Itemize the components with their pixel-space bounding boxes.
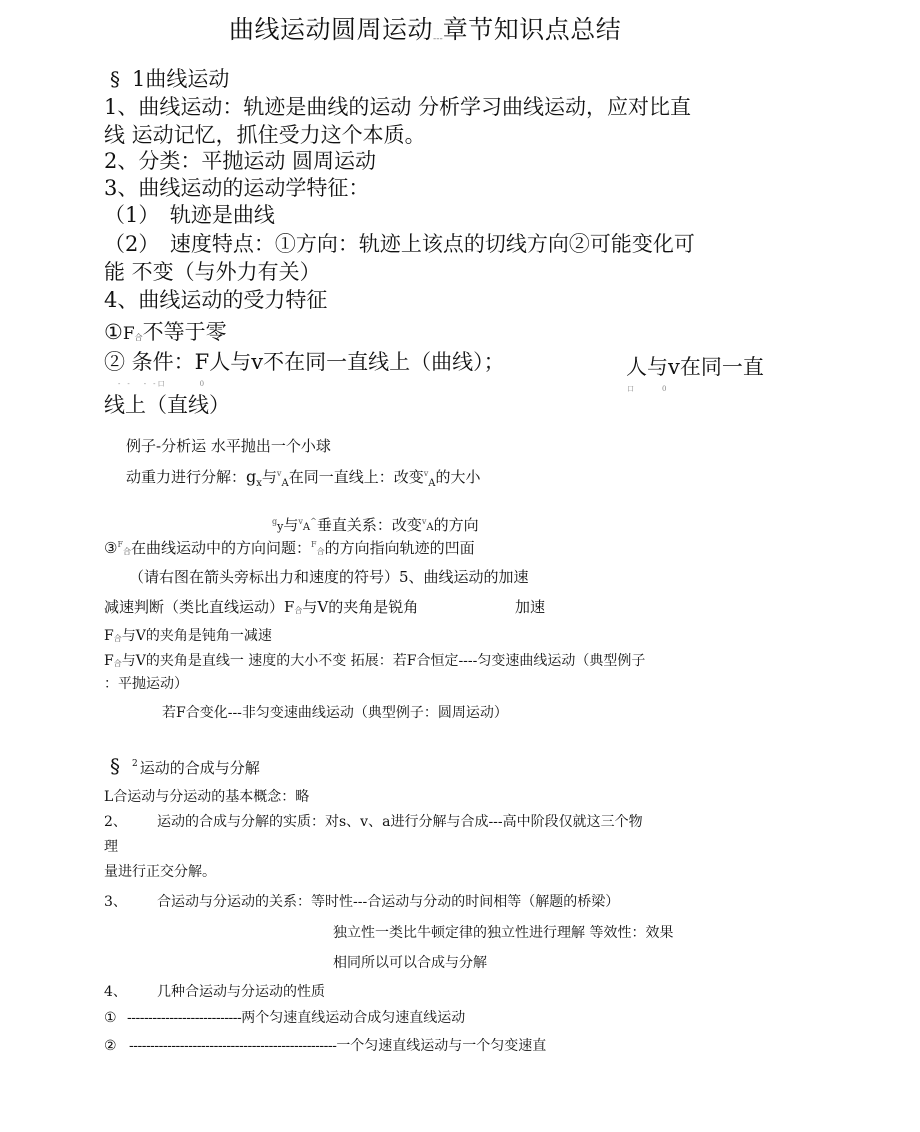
page-title: 曲线运动圆周运动---章节知识点总结 (229, 17, 621, 44)
direction-line-2: （请右图在箭头旁标出力和速度的符号）5、曲线运动的加速 (129, 570, 529, 585)
text-line: 2、分类：平抛运动 圆周运动 (104, 151, 376, 172)
s2-item-2-text: 运动的合成与分解的实质：对s、v、a进行分解与合成---高中阶段仅就这三个物 (157, 815, 643, 829)
direction-line-1: ③F合在曲线运动中的方向问题：F合的方向指向轨迹的凹面 (104, 541, 475, 556)
s2-item-2-cont-2: 量进行正交分解。 (104, 865, 216, 879)
section-symbol-icon: § (110, 67, 120, 91)
text-segment: 动重力进行分解： (126, 468, 246, 486)
force-symbol: F (123, 324, 135, 344)
text-line: 3、曲线运动的运动学特征： (104, 178, 369, 199)
s2-item-3-cont-2: 相同所以可以合成与分解 (333, 956, 487, 970)
title-part1: 曲线运动圆周运动 (229, 15, 433, 44)
example-line-3: gy与vA^垂直关系：改变vA的方向 (272, 518, 479, 533)
text-segment: 的方向指向轨迹的凹面 (325, 539, 475, 557)
marks-right: 口 0 (627, 386, 666, 393)
subitem-text: 两个匀速直线运动合成匀速直线运动 (241, 1010, 465, 1026)
direction-line-4: F合与V的夹角是钝角一减速 (104, 629, 272, 643)
section-number: 2 (132, 759, 138, 769)
marks-left: - - - - 口 0 (118, 381, 204, 388)
subitem-text: 一个匀速直线运动与一个匀变速直 (336, 1038, 546, 1054)
text-segment: 的方向 (434, 516, 479, 534)
text-line: 1、曲线运动：轨迹是曲线的运动 分析学习曲线运动，应对比直 (104, 97, 691, 118)
text-segment: 的大小 (435, 468, 480, 486)
direction-line-3-right: 加速 (515, 600, 545, 615)
circled-number: ③ (104, 539, 117, 557)
example-line-1: 例子-分析运 水平抛出一个小球 (126, 439, 331, 454)
dash-line: ----------------------------------------… (129, 1038, 336, 1054)
s2-item-1: L合运动与分运动的基本概念：略 (104, 790, 309, 804)
subscript: 合 (123, 547, 131, 556)
superscript: v (277, 469, 282, 478)
force-item-1: ①F合不等于零 (104, 322, 227, 343)
text-line: 4、曲线运动的受力特征 (104, 290, 327, 311)
s2-item-3-text: 合运动与分运动的关系：等时性---合运动与分动的时间相等（解题的桥梁） (157, 895, 619, 909)
s2-subitem-1: ① ---------------------------两个匀速直线运动合成匀… (104, 1011, 465, 1025)
text-line: 线 运动记忆，抓住受力这个本质。 (104, 125, 426, 146)
direction-line-5: F合与V的夹角是直线一 速度的大小不变 拓展：若F合恒定----匀变速曲线运动（… (104, 654, 645, 668)
text-segment: 与V的夹角是锐角 (302, 598, 418, 616)
direction-line-7: 若F合变化---非匀变速曲线运动（典型例子：圆周运动） (162, 706, 508, 720)
force-item-2-continuation: 线上（直线） (104, 395, 230, 416)
force-item-2-right: 人与v在同一直 (626, 357, 764, 378)
force-item-text: 不等于零 (143, 320, 227, 344)
title-separator: --- (433, 34, 443, 44)
text-segment: 与 (283, 516, 298, 534)
text-segment: 在曲线运动中的方向问题： (131, 539, 311, 557)
force-subscript: 合 (135, 333, 143, 342)
caret: ^ (310, 517, 317, 526)
title-part2: 章节知识点总结 (443, 15, 622, 44)
s2-item-2-cont-1: 理 (104, 840, 118, 854)
subscript: A (281, 478, 288, 489)
text-line: （1） 轨迹是曲线 (104, 205, 275, 226)
subscript: 合 (114, 659, 122, 668)
s2-item-4-text: 几种合运动与分运动的性质 (157, 985, 325, 999)
s2-item-3-num: 3、 (104, 895, 127, 909)
circled-number: ② (104, 1038, 117, 1054)
section2-heading-text: 运动的合成与分解 (140, 759, 260, 777)
text-segment: 垂直关系：改变 (317, 516, 422, 534)
text-segment: 在同一直线上：改变 (289, 468, 424, 486)
subscript: 合 (114, 634, 122, 643)
section2-heading: §2运动的合成与分解 (110, 756, 260, 776)
example-line-2: 动重力进行分解：gx与vA在同一直线上：改变vA的大小 (126, 469, 480, 489)
s2-item-4-num: 4、 (104, 985, 127, 999)
force-item-2-left: ② 条件：F人与v不在同一直线上（曲线）； (104, 352, 505, 373)
text-segment: 与V的夹角是直线一 速度的大小不变 拓展：若F合恒定----匀变速曲线运动（典型… (122, 653, 646, 669)
section1-heading: §1曲线运动 (110, 69, 229, 90)
superscript: v (424, 469, 429, 478)
force-symbol: F (104, 628, 114, 644)
symbol-A: A (426, 522, 433, 533)
section1-heading-text: 1曲线运动 (132, 67, 229, 91)
symbol-g: g (246, 467, 256, 486)
subscript: 合 (317, 547, 325, 556)
text-segment: 减速判断（类比直线运动）F (104, 598, 294, 616)
circled-number: ① (104, 1010, 117, 1026)
s2-item-3-cont-1: 独立性一类比牛顿定律的独立性进行理解 等效性：效果 (333, 926, 673, 940)
text-segment: 与 (262, 468, 277, 486)
circled-number: ① (104, 320, 123, 344)
s2-subitem-2: ② --------------------------------------… (104, 1039, 546, 1053)
dash-line: --------------------------- (127, 1010, 241, 1026)
direction-line-3: 减速判断（类比直线运动）F合与V的夹角是锐角 (104, 600, 418, 615)
s2-item-2-num: 2、 (104, 815, 127, 829)
direction-line-6: ：平抛运动） (104, 677, 188, 691)
text-line: （2） 速度特点：①方向：轨迹上该点的切线方向②可能变化可 (104, 234, 695, 255)
section-symbol-icon: § (110, 754, 120, 778)
text-segment: 与V的夹角是钝角一减速 (122, 628, 272, 644)
text-line: 能 不变（与外力有关） (104, 262, 321, 283)
force-symbol: F (104, 653, 114, 669)
